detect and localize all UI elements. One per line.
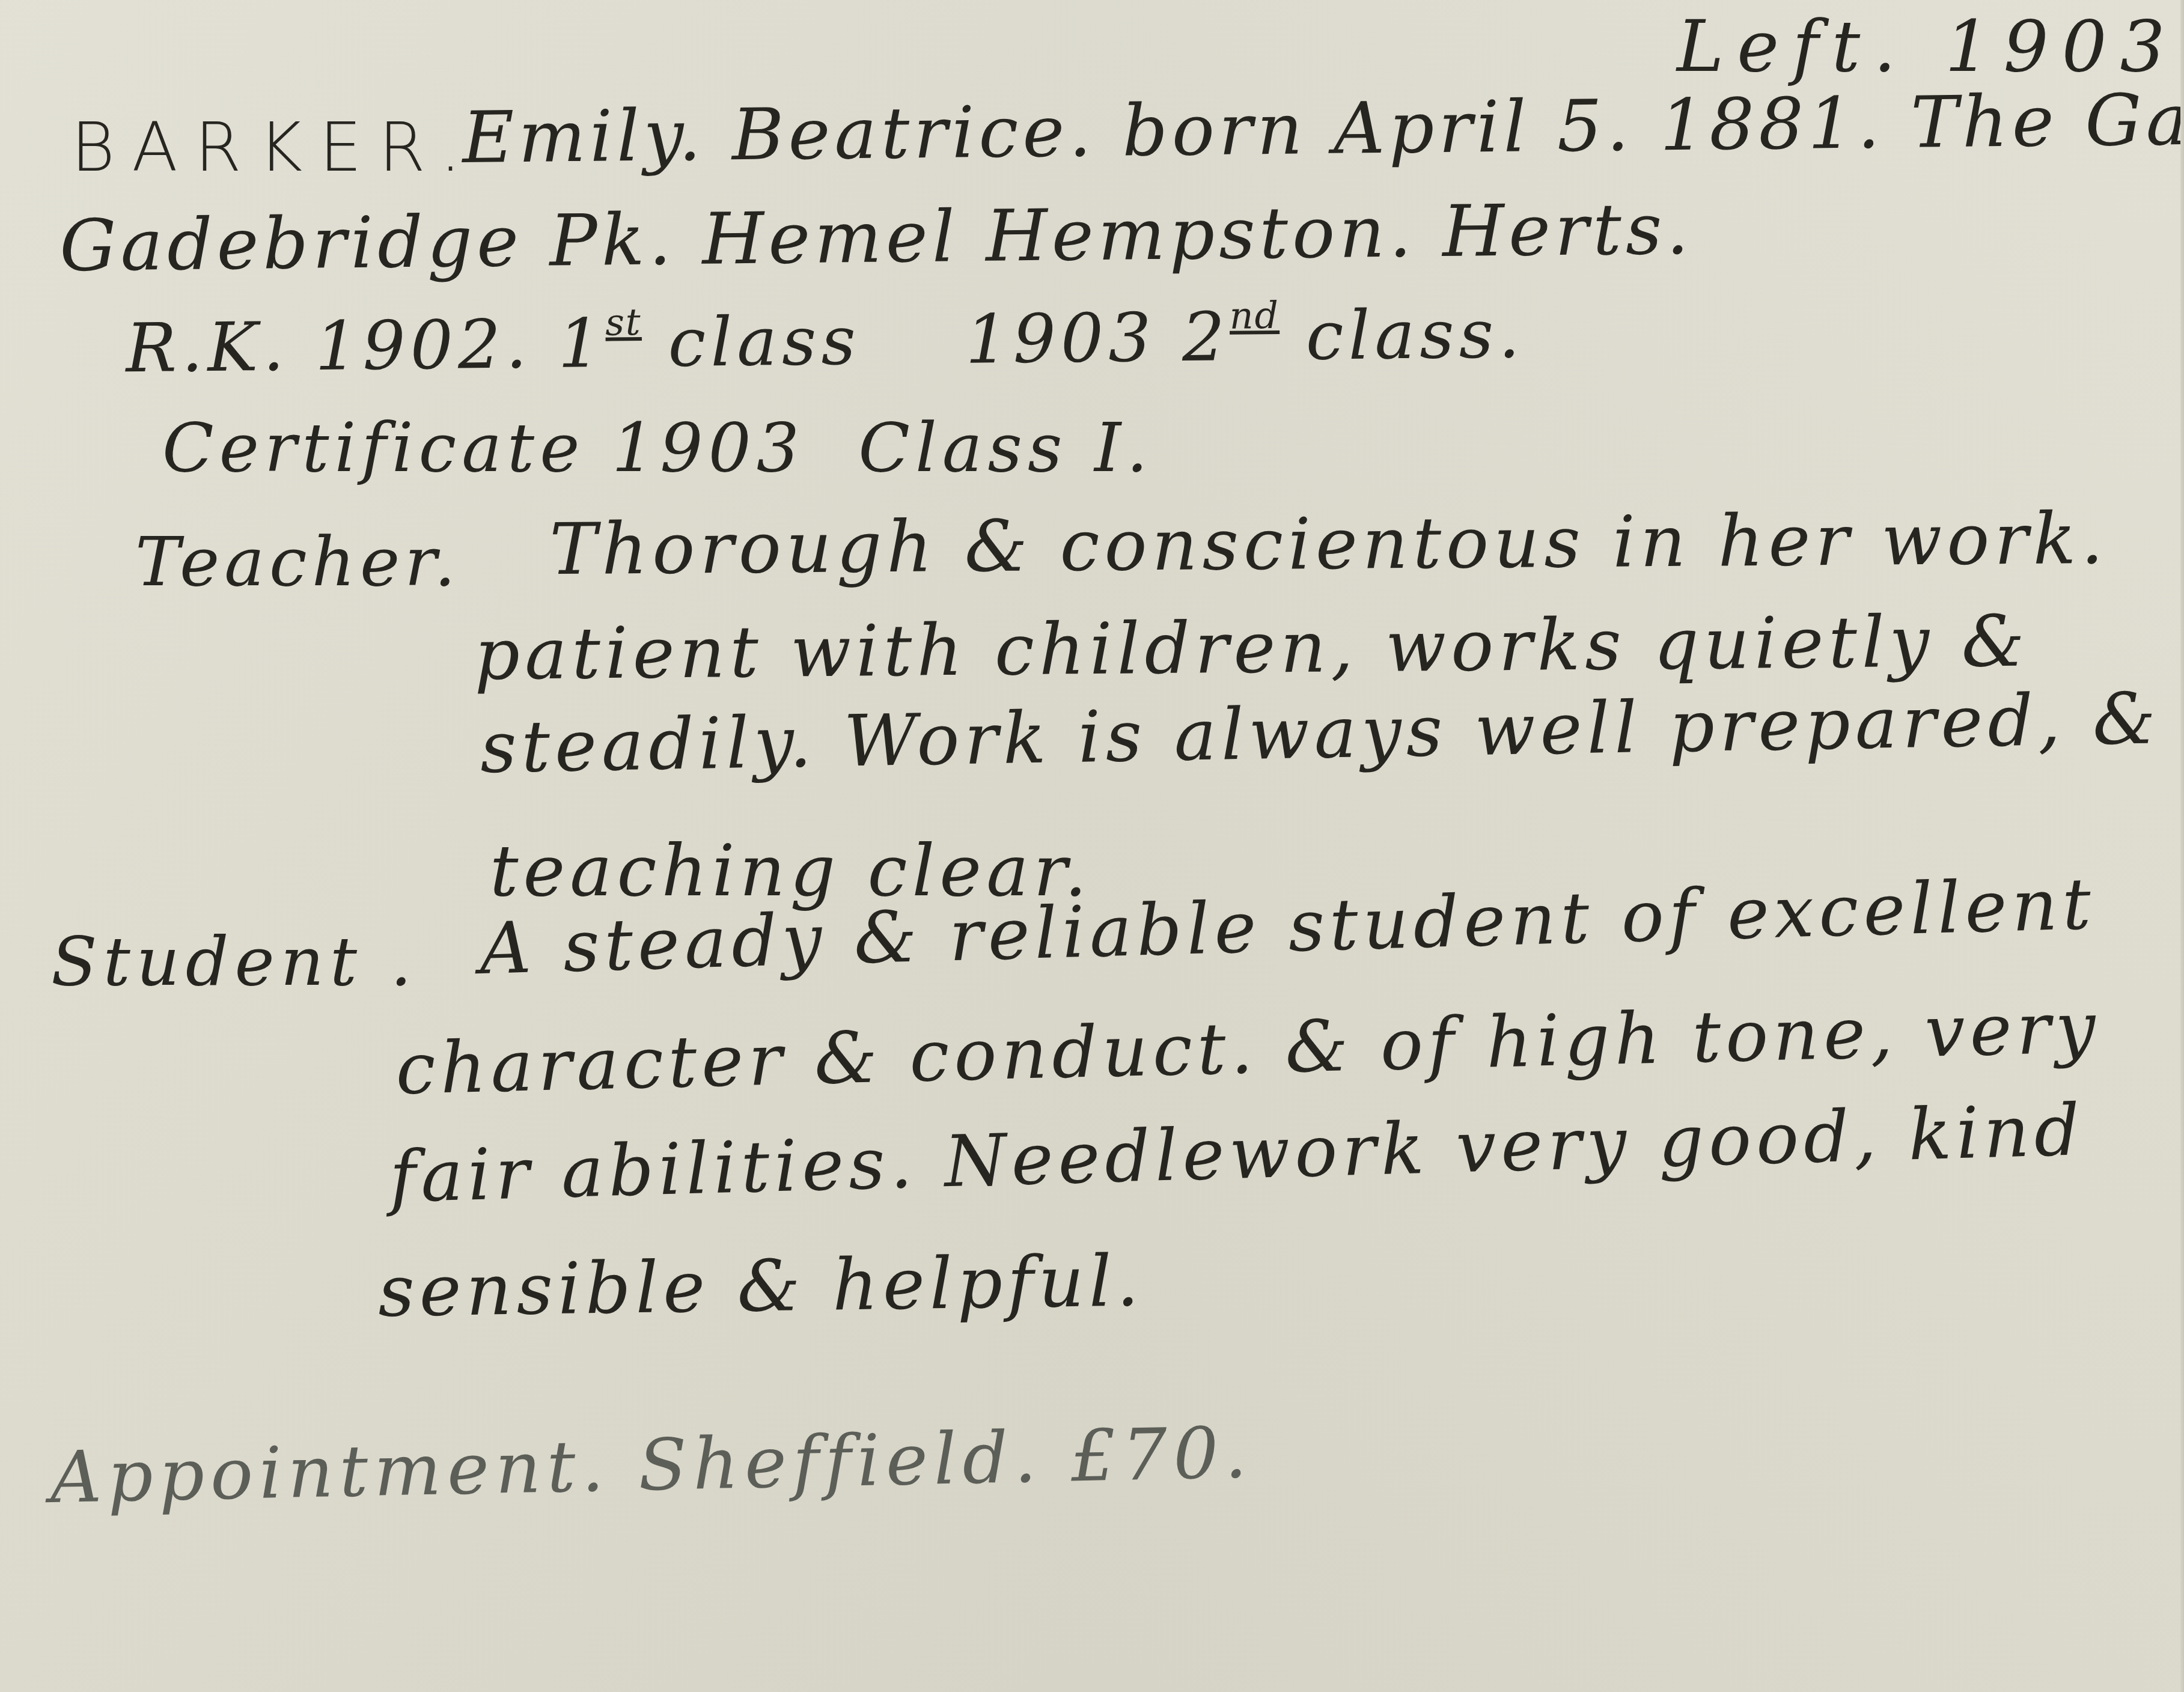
record-card: Left. 1903. BARKER. Emily. Beatrice. bor…: [0, 0, 2184, 1692]
address-line: Gadebridge Pk. Hemel Hempston. Herts.: [59, 193, 1694, 281]
student-comment-line-4: sensible & helpful.: [377, 1245, 1144, 1327]
certificate-line: Certificate 1903 Class I.: [162, 415, 1153, 482]
left-date: Left. 1903.: [1677, 11, 2184, 82]
rk-suffix: class.: [1280, 295, 1525, 376]
rk-prefix: R.K. 1902. 1: [126, 305, 606, 388]
rk-sup-first: st: [605, 300, 642, 344]
teacher-label: Teacher.: [135, 529, 460, 596]
card-edge: [2180, 0, 2184, 1692]
rk-sup-second: nd: [1229, 294, 1280, 338]
student-comment-line-2: character & conduct. & of high tone, ver…: [395, 992, 2101, 1104]
student-label: Student .: [51, 928, 418, 996]
name-and-birth-line: Emily. Beatrice. born April 5. 1881. The…: [462, 81, 2184, 173]
student-comment-line-3: fair abilities. Needlework very good, ki…: [389, 1094, 2085, 1213]
teacher-comment-line-1: Thorough & conscientous in her work.: [549, 503, 2108, 585]
rk-line: R.K. 1902. 1st class 1903 2nd class.: [126, 295, 1525, 383]
surname: BARKER.: [71, 114, 478, 181]
teacher-comment-line-2: patient with children, works quietly &: [474, 605, 2030, 690]
teacher-comment-line-3: steadily. Work is always well prepared, …: [480, 683, 2161, 783]
appointment-line: Appointment. Sheffield. £70.: [50, 1417, 1254, 1513]
rk-mid: class 1903 2: [641, 298, 1230, 382]
